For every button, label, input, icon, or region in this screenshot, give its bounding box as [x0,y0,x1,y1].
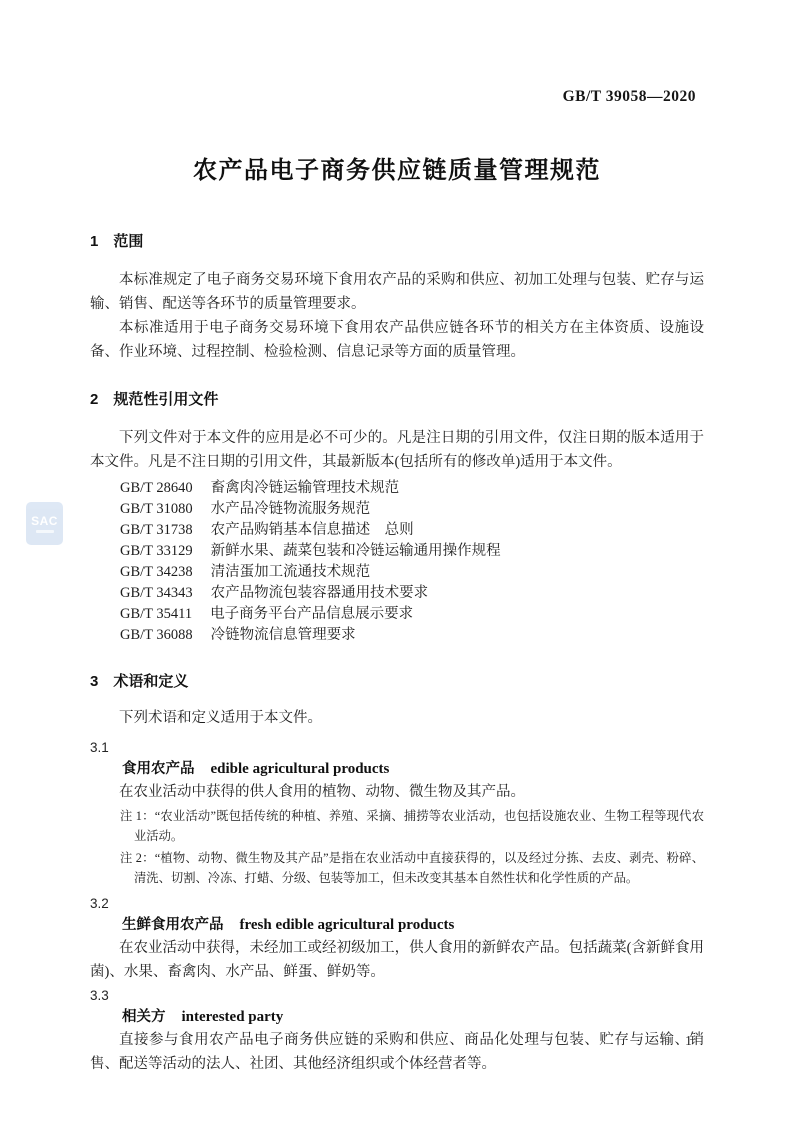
scope-paragraph-1: 本标准规定了电子商务交易环境下食用农产品的采购和供应、初加工处理与包装、贮存与运… [90,268,704,316]
term-definition: 在农业活动中获得，未经加工或经初级加工，供人食用的新鲜农产品。包括蔬菜(含新鲜食… [90,936,704,984]
section-title: 术语和定义 [113,673,188,690]
reference-title: 水产品冷链物流服务规范 [211,501,371,517]
section-number: 3 [90,672,98,692]
term-definition: 直接参与食用农产品电子商务供应链的采购和供应、商品化处理与包装、贮存与运输、销售… [90,1028,704,1076]
reference-code: GB/T 34238 [120,562,193,583]
page-header: GB/T 39058—2020 [90,88,704,106]
scope-paragraph-2: 本标准适用于电子商务交易环境下食用农产品供应链各环节的相关方在主体资质、设施设备… [90,316,704,364]
reference-title: 电子商务平台产品信息展示要求 [210,606,413,622]
reference-item: GB/T 28640畜禽肉冷链运输管理技术规范 [120,478,704,499]
term-entry: 相关方interested party [90,1006,704,1028]
reference-item: GB/T 35411电子商务平台产品信息展示要求 [120,604,704,625]
reference-item: GB/T 34238清洁蛋加工流通技术规范 [120,562,704,583]
reference-item: GB/T 31738农产品购销基本信息描述 总则 [120,520,704,541]
term-clause-number: 3.1 [90,738,704,758]
page-number: 1 [685,1034,692,1050]
sac-watermark-underline [36,530,54,533]
reference-item: GB/T 36088冷链物流信息管理要求 [120,625,704,646]
term-entry: 食用农产品edible agricultural products [90,758,704,780]
section-scope: 1范围 本标准规定了电子商务交易环境下食用农产品的采购和供应、初加工处理与包装、… [90,232,704,364]
section-title: 范围 [113,233,143,250]
reference-code: GB/T 33129 [120,541,193,562]
section-terms-and-definitions: 3术语和定义 下列术语和定义适用于本文件。 3.1 食用农产品edible ag… [90,672,704,1076]
term-note-1: 注 1：“农业活动”既包括传统的种植、养殖、采摘、捕捞等农业活动，也包括设施农业… [120,806,704,846]
section-normative-references: 2规范性引用文件 下列文件对于本文件的应用是必不可少的。凡是注日期的引用文件，仅… [90,390,704,646]
reference-item: GB/T 31080水产品冷链物流服务规范 [120,499,704,520]
section-number: 1 [90,232,98,252]
terms-intro: 下列术语和定义适用于本文件。 [90,706,704,730]
normative-references-intro: 下列文件对于本文件的应用是必不可少的。凡是注日期的引用文件，仅注日期的版本适用于… [90,426,704,474]
term-chinese: 食用农产品 [122,761,195,777]
document-title: 农产品电子商务供应链质量管理规范 [90,154,704,188]
reference-code: GB/T 34343 [120,583,193,604]
term-english: interested party [182,1009,284,1025]
term-definition: 在农业活动中获得的供人食用的植物、动物、微生物及其产品。 [90,780,704,804]
section-heading-scope: 1范围 [90,232,704,252]
standard-code: GB/T 39058—2020 [563,88,696,105]
term-chinese: 生鲜食用农产品 [122,917,224,933]
reference-code: GB/T 35411 [120,604,192,625]
reference-title: 冷链物流信息管理要求 [211,627,356,643]
reference-code: GB/T 31738 [120,520,193,541]
sac-watermark-text: SAC [31,515,58,527]
term-note-2: 注 2：“植物、动物、微生物及其产品”是指在农业活动中直接获得的，以及经过分拣、… [120,848,704,888]
reference-item: GB/T 34343农产品物流包装容器通用技术要求 [120,583,704,604]
term-clause-number: 3.3 [90,986,704,1006]
reference-code: GB/T 36088 [120,625,193,646]
standard-document-page: SAC GB/T 39058—2020 农产品电子商务供应链质量管理规范 1范围… [0,0,794,1122]
sac-watermark-badge: SAC [26,502,63,545]
note-text: “植物、动物、微生物及其产品”是指在农业活动中直接获得的，以及经过分拣、去皮、剥… [134,851,704,885]
section-number: 2 [90,390,98,410]
reference-item: GB/T 33129新鲜水果、蔬菜包装和冷链运输通用操作规程 [120,541,704,562]
section-heading-terms: 3术语和定义 [90,672,704,692]
section-heading-normative-references: 2规范性引用文件 [90,390,704,410]
reference-title: 畜禽肉冷链运输管理技术规范 [211,480,400,496]
reference-title: 农产品物流包装容器通用技术要求 [211,585,429,601]
reference-title: 新鲜水果、蔬菜包装和冷链运输通用操作规程 [211,543,501,559]
section-title: 规范性引用文件 [113,391,218,408]
reference-code: GB/T 28640 [120,478,193,499]
term-english: fresh edible agricultural products [240,917,455,933]
normative-reference-list: GB/T 28640畜禽肉冷链运输管理技术规范 GB/T 31080水产品冷链物… [90,478,704,646]
term-chinese: 相关方 [122,1009,166,1025]
term-clause-number: 3.2 [90,894,704,914]
reference-code: GB/T 31080 [120,499,193,520]
term-entry: 生鲜食用农产品fresh edible agricultural product… [90,914,704,936]
note-label: 注 1： [120,809,155,823]
reference-title: 清洁蛋加工流通技术规范 [211,564,371,580]
note-text: “农业活动”既包括传统的种植、养殖、采摘、捕捞等农业活动，也包括设施农业、生物工… [134,809,704,843]
term-english: edible agricultural products [211,761,390,777]
note-label: 注 2： [120,851,155,865]
reference-title: 农产品购销基本信息描述 总则 [211,522,414,538]
